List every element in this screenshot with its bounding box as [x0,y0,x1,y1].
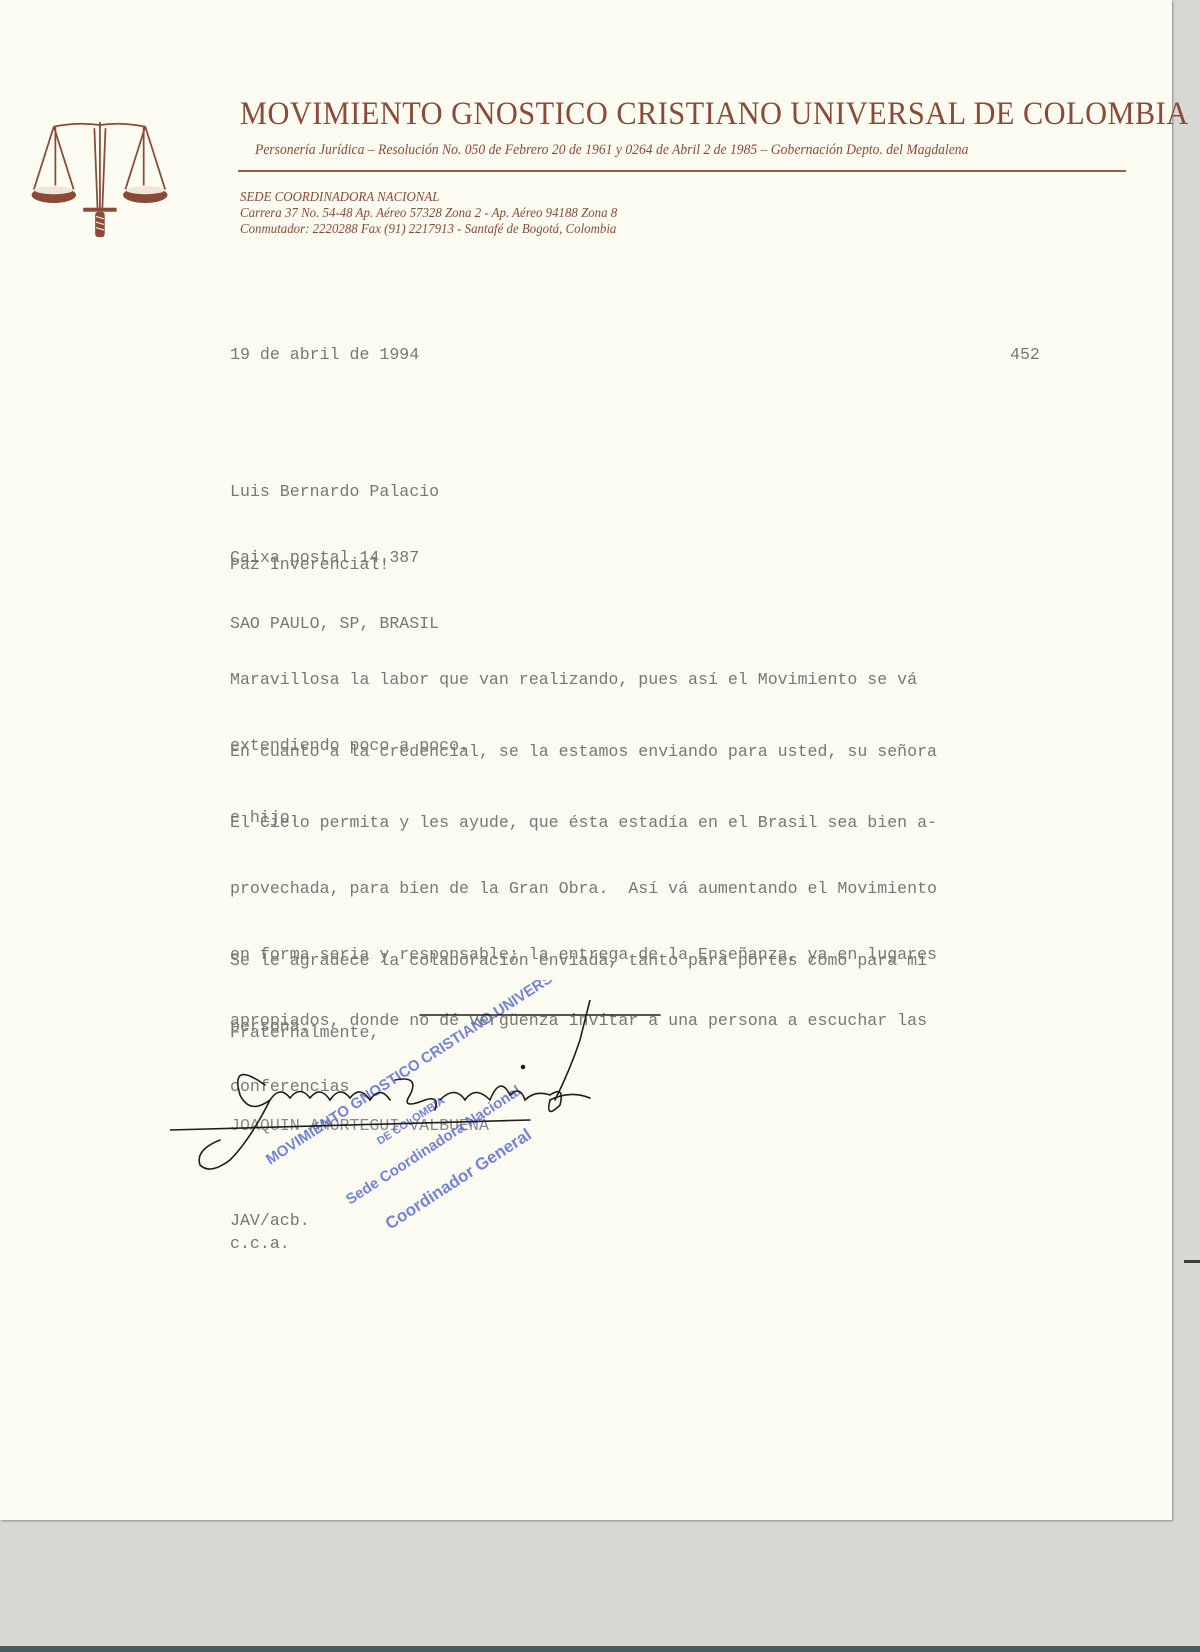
paragraph-line: En cuanto a la credencial, se la estamos… [230,741,937,763]
scan-edge-mark [1184,1260,1200,1263]
recipient-line: Luis Bernardo Palacio [230,481,439,503]
office-phones: Conmutador: 2220288 Fax (91) 2217913 - S… [240,222,617,238]
reference-number: 452 [1010,344,1040,366]
typist-initials: JAV/acb. [230,1210,310,1232]
carbon-copy-notation: c.c.a. [230,1233,290,1255]
scan-bottom-edge [0,1646,1200,1652]
office-address-block: SEDE COORDINADORA NACIONAL Carrera 37 No… [240,190,617,238]
organization-name: MOVIMIENTO GNOSTICO CRISTIANO UNIVERSAL … [240,96,1086,133]
paragraph-line: Se le agradece la colaboración enviada, … [230,950,927,972]
paragraph-line: Maravillosa la labor que van realizando,… [230,669,917,691]
paragraph-line: El Cielo permita y les ayude, que ésta e… [230,812,937,834]
letterhead-divider [238,170,1126,172]
letter-date: 19 de abril de 1994 [230,344,419,366]
greeting: Paz Inverencial! [230,554,389,576]
scales-of-justice-icon [18,95,193,260]
paragraph-line: provechada, para bien de la Gran Obra. A… [230,878,937,900]
handwritten-signature [170,1000,690,1180]
legal-registration-line: Personería Jurídica – Resolución No. 050… [255,142,968,159]
office-address: Carrera 37 No. 54-48 Ap. Aéreo 57328 Zon… [240,206,617,222]
office-title: SEDE COORDINADORA NACIONAL [240,190,617,206]
letter-page: MOVIMIENTO GNOSTICO CRISTIANO UNIVERSAL … [0,0,1172,1520]
